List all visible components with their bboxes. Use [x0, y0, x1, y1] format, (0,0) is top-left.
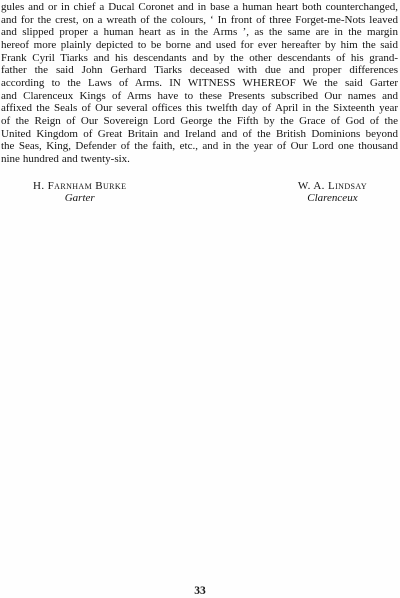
- body-line: and Clarenceux Kings of Arms have to the…: [1, 90, 398, 103]
- body-line: nine hundred and twenty-six.: [1, 153, 398, 166]
- document-page: gules and or in chief a Ducal Coronet an…: [0, 0, 400, 598]
- body-line: gules and or in chief a Ducal Coronet an…: [1, 1, 398, 14]
- signature-garter: H. Farnham Burke Garter: [33, 180, 126, 205]
- body-line: and for the crest, on a wreath of the co…: [1, 14, 398, 27]
- body-line: and slipped proper a human heart as in t…: [1, 26, 398, 39]
- body-line: according to the Laws of Arms. IN WITNES…: [1, 77, 398, 90]
- body-line: the Seas, King, Defender of the faith, e…: [1, 140, 398, 153]
- signature-title: Garter: [33, 192, 126, 205]
- signature-name: H. Farnham Burke: [33, 180, 126, 193]
- signature-clarenceux: W. A. Lindsay Clarenceux: [298, 180, 367, 205]
- body-paragraph: gules and or in chief a Ducal Coronet an…: [0, 0, 400, 166]
- body-line: Frank Cyril Tiarks and his descendants a…: [1, 52, 398, 65]
- body-line: father the said John Gerhard Tiarks dece…: [1, 64, 398, 77]
- page-number: 33: [0, 585, 400, 597]
- signature-title: Clarenceux: [298, 192, 367, 205]
- body-line: United Kingdom of Great Britain and Irel…: [1, 128, 398, 141]
- body-line: hereof more plainly depicted to be borne…: [1, 39, 398, 52]
- signature-row: H. Farnham Burke Garter W. A. Lindsay Cl…: [0, 180, 400, 205]
- signature-name: W. A. Lindsay: [298, 180, 367, 193]
- body-line: affixed the Seals of Our several offices…: [1, 102, 398, 115]
- body-line: of the Reign of Our Sovereign Lord Georg…: [1, 115, 398, 128]
